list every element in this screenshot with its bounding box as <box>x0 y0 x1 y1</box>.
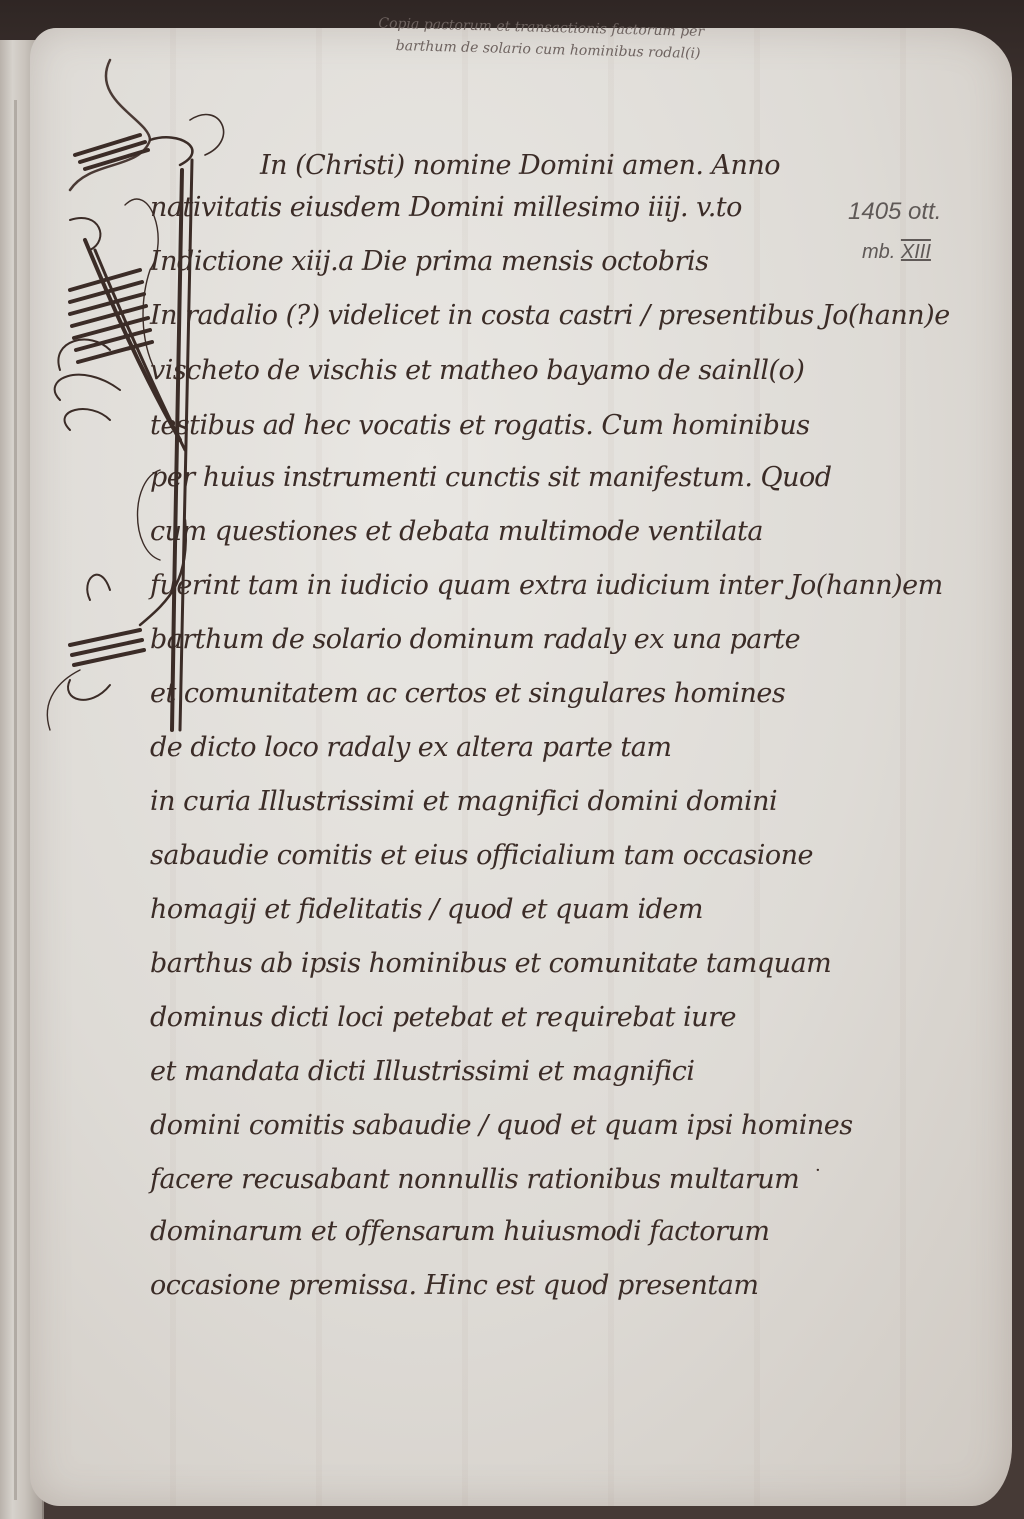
text-line: vischeto de vischis et matheo bayamo de … <box>150 355 804 386</box>
text-line: et comunitatem ac certos et singulares h… <box>150 678 785 709</box>
text-line: sabaudie comitis et eius officialium tam… <box>150 840 813 871</box>
ink-mark: · <box>815 1160 821 1181</box>
spine-edge <box>14 100 17 1500</box>
margin-note-date: 1405 ott. <box>848 192 1018 232</box>
text-line: barthum de solario dominum radaly ex una… <box>150 624 800 655</box>
margin-note-roman: XIII <box>901 241 931 263</box>
text-line: testibus ad hec vocatis et rogatis. Cum … <box>150 410 810 441</box>
text-line: occasione premissa. Hinc est quod presen… <box>150 1270 758 1301</box>
text-line: fuerint tam in iudicio quam extra iudici… <box>150 570 943 601</box>
text-line: dominarum et offensarum huiusmodi factor… <box>150 1216 769 1247</box>
margin-note-ref: mb. XIII <box>848 232 1018 272</box>
text-line: barthus ab ipsis hominibus et comunitate… <box>150 948 831 979</box>
text-line: de dicto loco radaly ex altera parte tam <box>150 732 671 763</box>
text-line: Indictione xiij.a Die prima mensis octob… <box>150 246 708 277</box>
text-line: homagij et fidelitatis / quod et quam id… <box>150 894 703 925</box>
archival-margin-note: 1405 ott. mb. XIII <box>848 192 1018 272</box>
text-line: In radalio (?) videlicet in costa castri… <box>150 300 950 331</box>
text-line: dominus dicti loci petebat et requirebat… <box>150 1002 736 1033</box>
text-line: cum questiones et debata multimode venti… <box>150 516 763 547</box>
text-line: in curia Illustrissimi et magnifici domi… <box>150 786 777 817</box>
text-line: et mandata dicti Illustrissimi et magnif… <box>150 1056 695 1087</box>
text-line: facere recusabant nonnullis rationibus m… <box>150 1164 799 1195</box>
text-line: In (Christi) nomine Domini amen. Anno <box>260 150 780 181</box>
text-line: nativitatis eiusdem Domini millesimo iii… <box>150 192 742 223</box>
margin-note-prefix: mb. <box>862 241 895 263</box>
text-line: domini comitis sabaudie / quod et quam i… <box>150 1110 853 1141</box>
text-line: per huius instrumenti cunctis sit manife… <box>150 462 832 493</box>
